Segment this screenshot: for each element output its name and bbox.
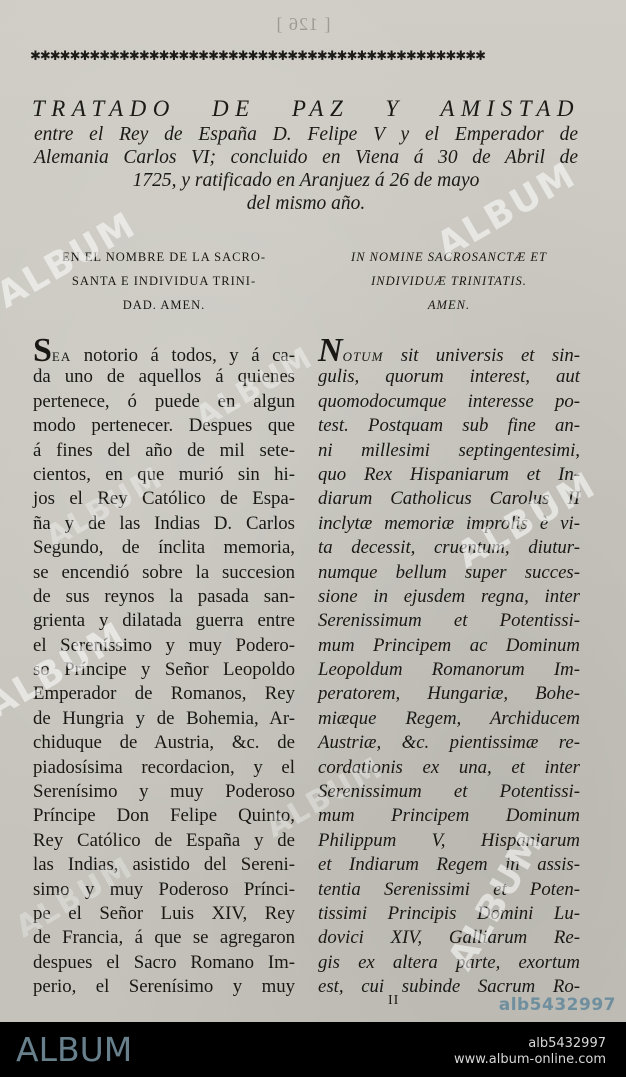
- text-line: simo y muy Poderoso Prínci-: [33, 878, 295, 902]
- spanish-body-text: SEA notorio á todos, y á ca- da uno de a…: [33, 341, 295, 1000]
- text-line: quo Rex Hispaniarum et In-: [318, 463, 580, 487]
- footer-info: alb5432997 www.album-online.com: [454, 1036, 606, 1068]
- bleed-through-page-number: [ 126 ]: [258, 14, 348, 35]
- text-line: gulis, quorum interest, aut: [318, 365, 580, 389]
- text-line: NOTUM sit universis et sin-: [318, 341, 580, 365]
- text-line: ta decessit, cruentum, diutur-: [318, 536, 580, 560]
- text-line: cordationis ex una, et inter: [318, 756, 580, 780]
- treaty-title: TRATADO DE PAZ Y AMISTAD entre el Rey de…: [28, 95, 584, 215]
- text-line: dovici XIV, Galliarum Re-: [318, 926, 580, 950]
- latin-invocation: IN NOMINE SACROSANCTÆ ET INDIVIDUÆ TRINI…: [318, 245, 580, 321]
- text-line: á fines del año de mil sete-: [33, 439, 295, 463]
- drop-cap: N: [318, 332, 343, 369]
- text-line: chiduque de Austria, &c. de: [33, 731, 295, 755]
- text-line: sione in ejusdem regna, inter: [318, 585, 580, 609]
- signature-mark: II: [388, 993, 399, 1009]
- image-id: alb5432997: [454, 1036, 606, 1052]
- text-line: tissimi Principis Domini Lu-: [318, 902, 580, 926]
- text-line: inclytæ memoriæ improlis è vi-: [318, 512, 580, 536]
- decorative-ornament-border: ✱✱✱✱✱✱✱✱✱✱✱✱✱✱✱✱✱✱✱✱✱✱✱✱✱✱✱✱✱✱✱✱✱✱✱✱✱✱✱✱…: [30, 50, 578, 64]
- title-line: 1725, y ratificado en Aranjuez á 26 de m…: [28, 169, 584, 192]
- text-line: Philippum V, Hispaniarum: [318, 829, 580, 853]
- invocation-line: EN EL NOMBRE DE LA SACRO-: [33, 245, 295, 269]
- text-line: miæque Regem, Archiducem: [318, 707, 580, 731]
- invocation-line: SANTA E INDIVIDUA TRINI-: [33, 269, 295, 293]
- title-main: TRATADO DE PAZ Y AMISTAD: [28, 95, 584, 123]
- text-line: peratorem, Hungariæ, Bohe-: [318, 682, 580, 706]
- invocation-line: INDIVIDUÆ TRINITATIS.: [318, 269, 580, 293]
- text-line: mum Principem Dominum: [318, 804, 580, 828]
- image-id-stamp: alb5432997: [499, 995, 616, 1015]
- text-line: Rey Católico de España y de: [33, 829, 295, 853]
- text-line: Príncipe Don Felipe Quinto,: [33, 804, 295, 828]
- text-line: grienta y dilatada guerra entre: [33, 609, 295, 633]
- text-line: se encendió sobre la succesion: [33, 561, 295, 585]
- text-line: las Indias, asistido del Sereni-: [33, 853, 295, 877]
- text-line: mum Principem ac Dominum: [318, 634, 580, 658]
- text-line: pe el Señor Luis XIV, Rey: [33, 902, 295, 926]
- text-line: piadosísima recordacion, y el: [33, 756, 295, 780]
- text-line: jos el Rey Católico de Espa-: [33, 487, 295, 511]
- title-line: Alemania Carlos VI; concluido en Viena á…: [28, 146, 584, 169]
- title-line: del mismo año.: [28, 192, 584, 215]
- text-line: el Sereníssimo y muy Podero-: [33, 634, 295, 658]
- footer-bar: ALBUM alb5432997 www.album-online.com: [0, 1022, 626, 1077]
- invocation-line: IN NOMINE SACROSANCTÆ ET: [318, 245, 580, 269]
- text-line: so Príncipe y Señor Leopoldo: [33, 658, 295, 682]
- text-line: SEA notorio á todos, y á ca-: [33, 341, 295, 365]
- album-logo: ALBUM: [16, 1030, 132, 1069]
- text-line: Segundo, de ínclita memoria,: [33, 536, 295, 560]
- text-line: despues el Sacro Romano Im-: [33, 951, 295, 975]
- text-line: numque bellum super succes-: [318, 561, 580, 585]
- text-line: test. Postquam sub fine an-: [318, 414, 580, 438]
- latin-column: IN NOMINE SACROSANCTÆ ET INDIVIDUÆ TRINI…: [318, 245, 580, 1000]
- text-line: da uno de aquellos á quienes: [33, 365, 295, 389]
- scanned-book-page: [ 126 ] ✱✱✱✱✱✱✱✱✱✱✱✱✱✱✱✱✱✱✱✱✱✱✱✱✱✱✱✱✱✱✱✱…: [0, 0, 626, 1022]
- invocation-line: DAD. AMEN.: [33, 293, 295, 317]
- text-line: de Hungria y de Bohemia, Ar-: [33, 707, 295, 731]
- text-line: de sus reynos la pasada san-: [33, 585, 295, 609]
- text-line: Serenissimum et Potentissi-: [318, 780, 580, 804]
- text-line: modo pertenecer. Despues que: [33, 414, 295, 438]
- text-line: diarum Catholicus Carolus II: [318, 487, 580, 511]
- text-line: Austriæ, &c. pientissimæ re-: [318, 731, 580, 755]
- text-line: perio, el Serenísimo y muy: [33, 975, 295, 999]
- text-line: pertenece, ó puede en algun: [33, 390, 295, 414]
- text-line: tentia Serenissimi et Poten-: [318, 878, 580, 902]
- drop-cap: S: [33, 332, 52, 369]
- text-line: cientos, en que murió sin hi-: [33, 463, 295, 487]
- text-line: Serenísimo y muy Poderoso: [33, 780, 295, 804]
- text-line: ña y de las Indias D. Carlos: [33, 512, 295, 536]
- website-url[interactable]: www.album-online.com: [454, 1052, 606, 1068]
- text-line: Serenissimum et Potentissi-: [318, 609, 580, 633]
- invocation-line: AMEN.: [318, 293, 580, 317]
- title-line: entre el Rey de España D. Felipe V y el …: [28, 123, 584, 146]
- text-line: et Indiarum Regem in assis-: [318, 853, 580, 877]
- latin-body-text: NOTUM sit universis et sin- gulis, quoru…: [318, 341, 580, 1000]
- spanish-column: EN EL NOMBRE DE LA SACRO- SANTA E INDIVI…: [33, 245, 295, 1000]
- text-line: de Francia, á que se agregaron: [33, 926, 295, 950]
- text-line: gis ex altera parte, exortum: [318, 951, 580, 975]
- text-line: Leopoldum Romanorum Im-: [318, 658, 580, 682]
- text-line: ni millesimi septingentesimi,: [318, 439, 580, 463]
- text-line: Emperador de Romanos, Rey: [33, 682, 295, 706]
- text-line: quomodocumque interesse po-: [318, 390, 580, 414]
- spanish-invocation: EN EL NOMBRE DE LA SACRO- SANTA E INDIVI…: [33, 245, 295, 321]
